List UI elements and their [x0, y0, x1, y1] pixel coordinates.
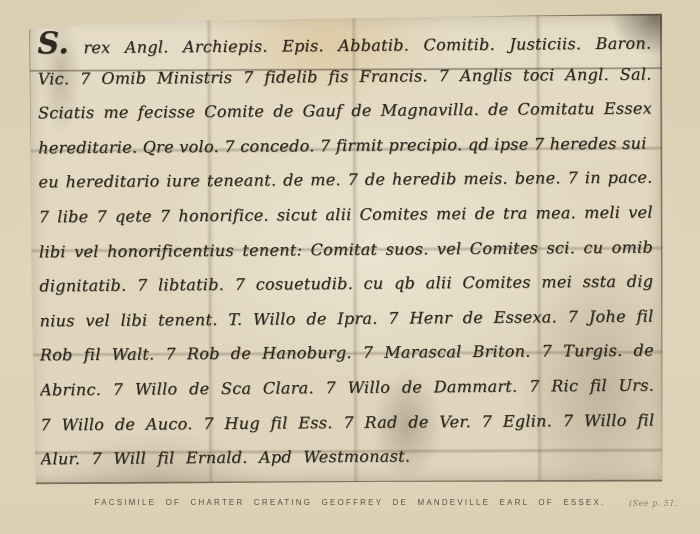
- manuscript-line: libi vel honorificentius tenent: Comitat…: [39, 230, 653, 269]
- manuscript-line: nius vel libi tenent. T. Willo de Ipra. …: [39, 299, 653, 338]
- manuscript-line: Sciatis me fecisse Comite de Gauf de Mag…: [38, 92, 652, 131]
- manuscript-line: 7 Willo de Auco. 7 Hug fil Ess. 7 Rad de…: [40, 403, 654, 442]
- manuscript-line: Abrinc. 7 Willo de Sca Clara. 7 Willo de…: [40, 369, 654, 408]
- manuscript-line: eu hereditario iure teneant. de me. 7 de…: [38, 161, 652, 200]
- caption-row: FACSIMILE OF CHARTER CREATING GEOFFREY D…: [0, 498, 700, 514]
- manuscript-line: Rob fil Walt. 7 Rob de Hanoburg. 7 Maras…: [40, 334, 654, 373]
- manuscript-line: dignitatib. 7 libtatib. 7 cosuetudib. cu…: [39, 265, 653, 304]
- book-page: S. rex Angl. Archiepis. Epis. Abbatib. C…: [0, 0, 700, 534]
- manuscript-line: Alur. 7 Will fil Ernald. Apd Westmonast.: [41, 438, 655, 477]
- plate-caption: FACSIMILE OF CHARTER CREATING GEOFFREY D…: [0, 498, 700, 507]
- facsimile-plate: S. rex Angl. Archiepis. Epis. Abbatib. C…: [28, 14, 664, 485]
- manuscript-line: Vic. 7 Omib Ministris 7 fidelib fis Fran…: [38, 57, 652, 96]
- manuscript-text: S. rex Angl. Archiepis. Epis. Abbatib. C…: [37, 23, 655, 478]
- page-reference: (See p. 51.: [629, 499, 678, 508]
- manuscript-line: 7 libe 7 qete 7 honorifice. sicut alii C…: [39, 196, 653, 235]
- manuscript-line: hereditarie. Qre volo. 7 concedo. 7 firm…: [38, 126, 652, 165]
- manuscript-line: S. rex Angl. Archiepis. Epis. Abbatib. C…: [37, 23, 651, 62]
